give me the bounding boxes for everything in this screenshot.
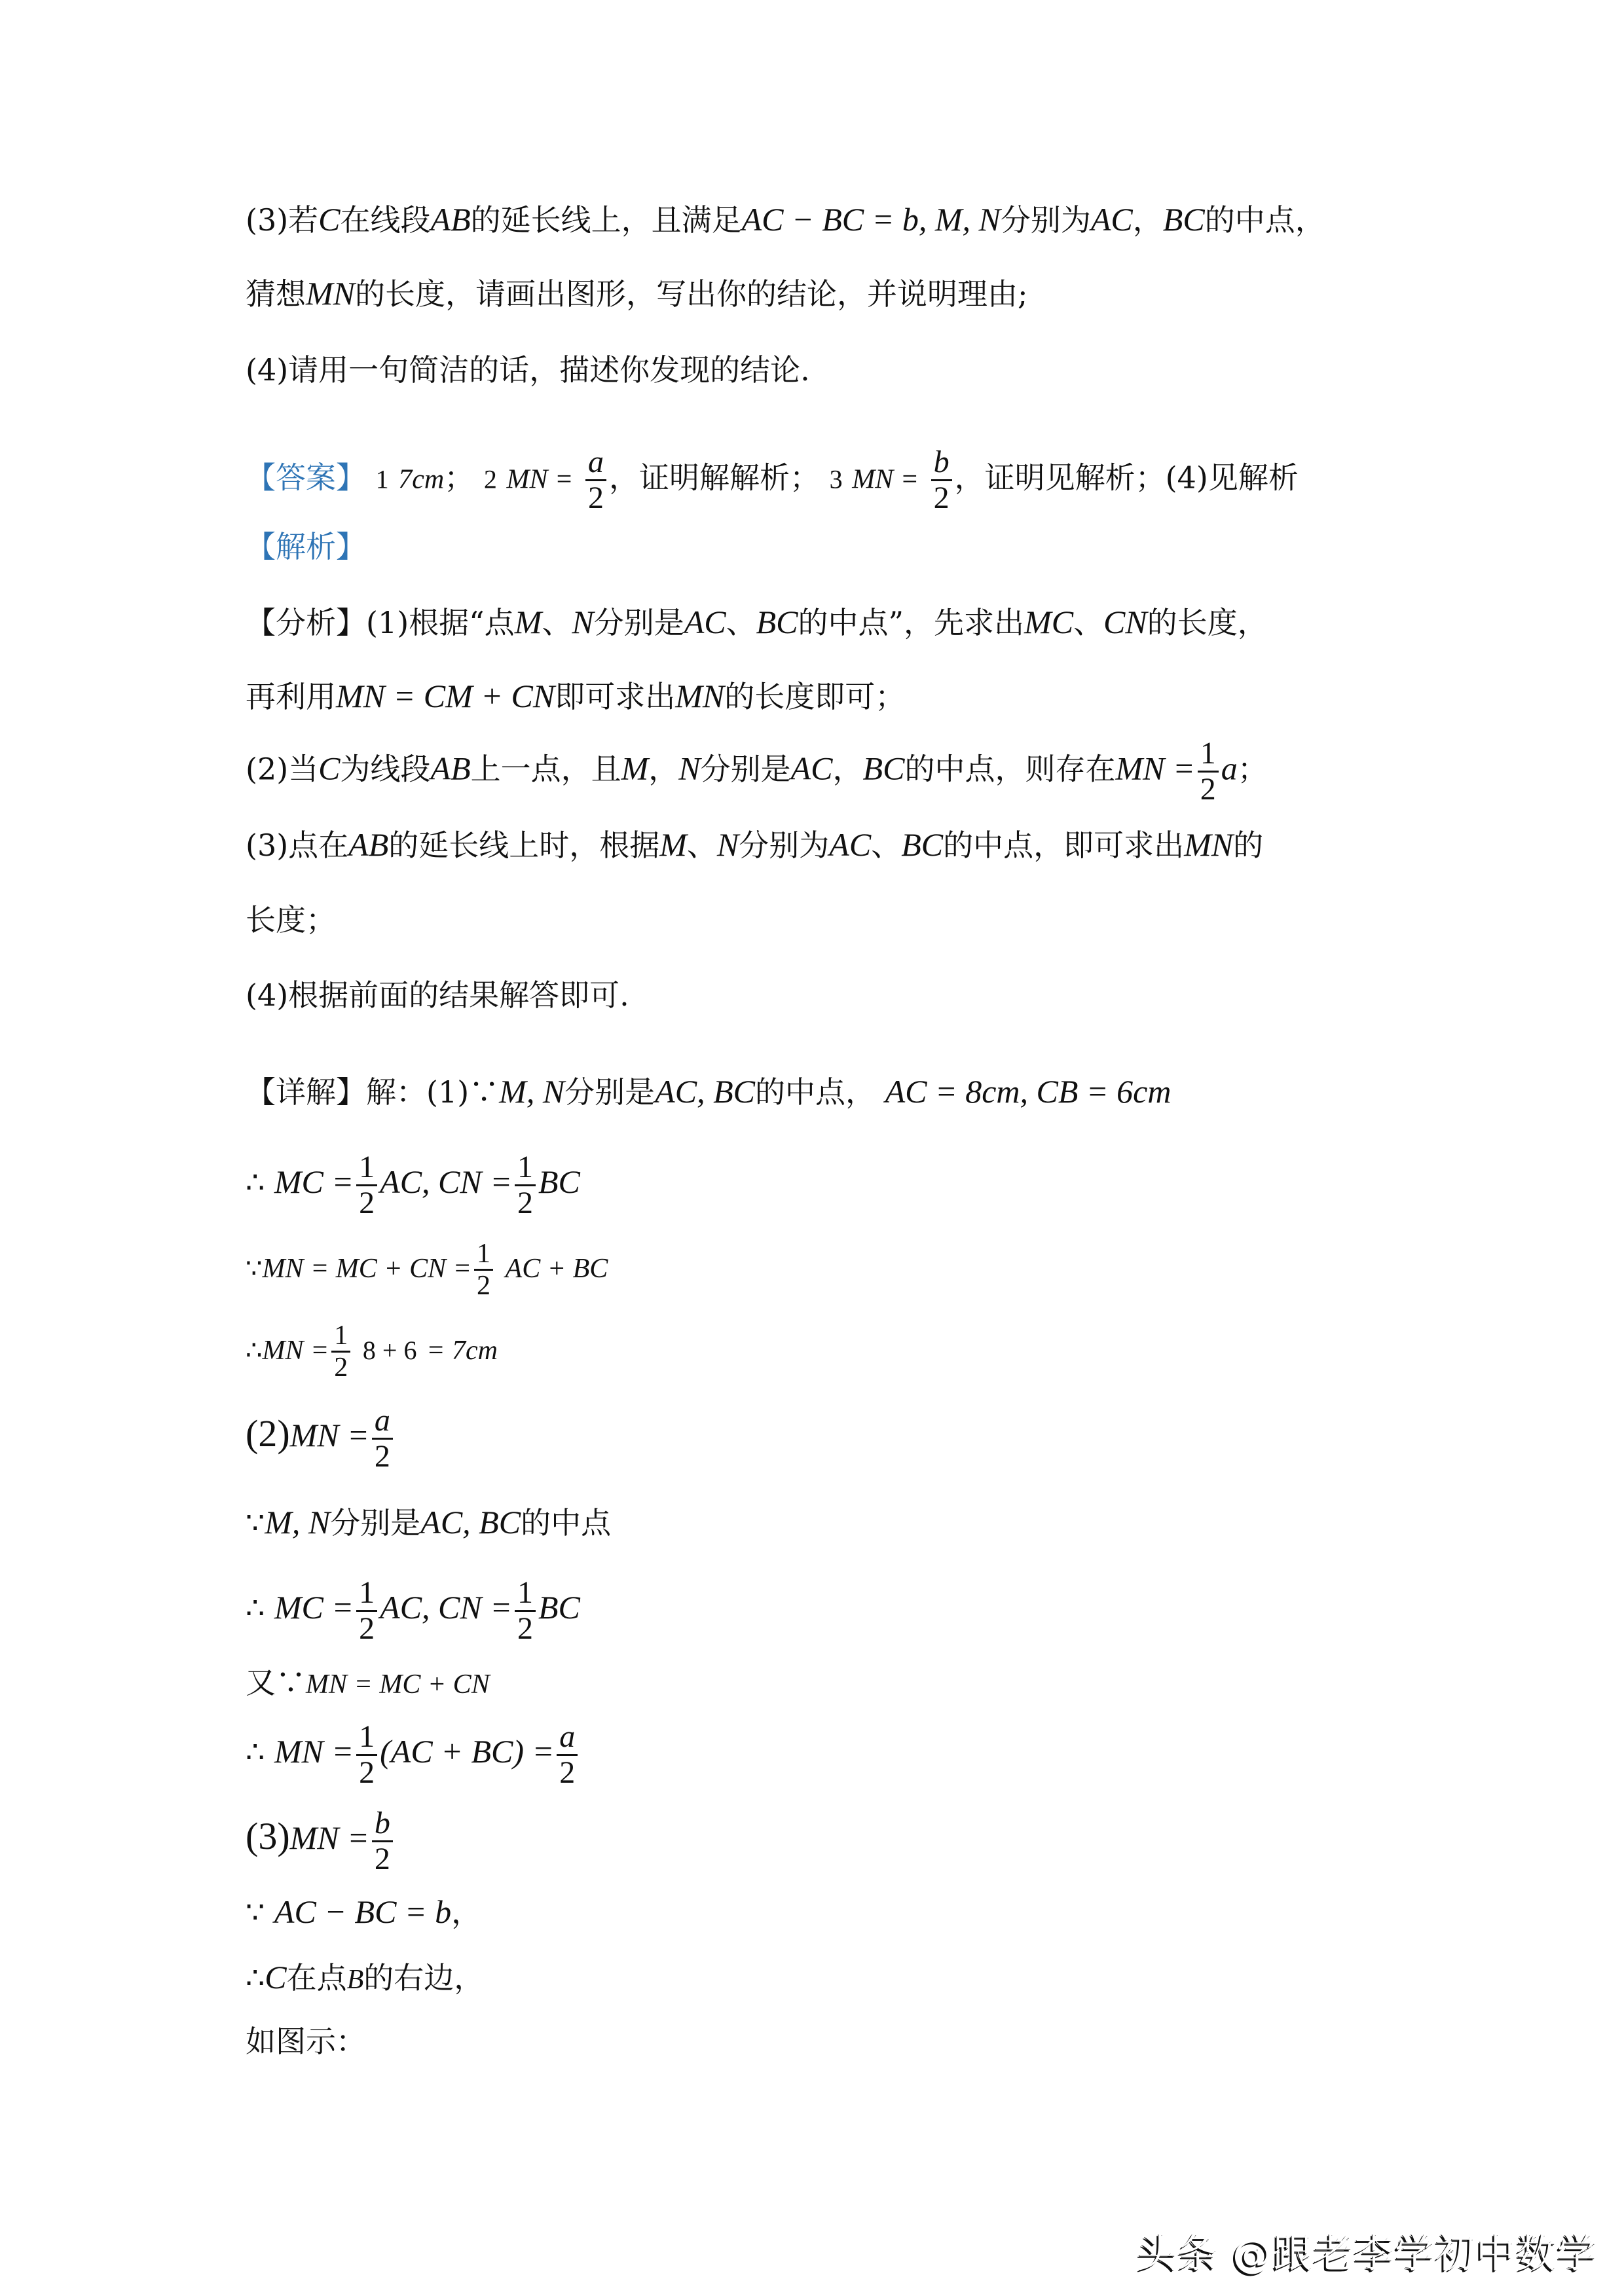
- fraction: 12: [356, 1720, 377, 1790]
- question-3-prefix: (3)若: [246, 202, 318, 238]
- text: ，: [451, 1895, 481, 1930]
- fraction: a2: [557, 1720, 578, 1790]
- text: 、: [871, 828, 901, 863]
- math: AC − BC = b: [274, 1893, 451, 1930]
- math-lhs: MN =: [1115, 750, 1194, 787]
- text: 在线段: [341, 202, 431, 238]
- math: = 7cm: [426, 1336, 498, 1366]
- text: 的中点: [521, 1505, 611, 1540]
- var: BC: [863, 750, 905, 787]
- var: AC, BC: [420, 1504, 521, 1540]
- var: C: [318, 750, 340, 787]
- fraction: b2: [372, 1806, 393, 1876]
- denominator: 2: [356, 1754, 377, 1790]
- text: 的中点，: [755, 1074, 876, 1110]
- part-number: (3): [246, 1815, 290, 1857]
- numerator: 1: [356, 1150, 377, 1184]
- var: MN: [1184, 826, 1233, 863]
- var: M, N: [265, 1504, 330, 1540]
- text: ；: [1238, 752, 1268, 787]
- question-3-line-2: 猜想MN的长度，请画出图形，写出你的结论，并说明理由;: [246, 274, 1028, 314]
- numerator: 1: [515, 1150, 536, 1184]
- denominator: 2: [331, 1351, 350, 1383]
- xiangjie-label: 【详解】: [246, 1074, 366, 1110]
- denominator: 2: [515, 1610, 536, 1646]
- answer-line: 【答案】 1 7cm； 2 MN = a2，证明解解析； 3 MN = b2，证…: [246, 445, 1299, 515]
- because-symbol: ∵: [246, 1505, 265, 1540]
- var: N: [678, 750, 700, 787]
- text: 分别是: [701, 752, 791, 787]
- text: 、: [1073, 605, 1103, 640]
- text: 的延长线上时，根据: [388, 828, 659, 863]
- part-number: 2: [484, 465, 497, 494]
- text: 的右边，: [363, 1960, 484, 1995]
- fenxi-line-6: (4)根据前面的结果解答即可.: [246, 975, 629, 1015]
- var: MN: [675, 678, 724, 714]
- therefore-symbol: ∴: [246, 1590, 265, 1626]
- math: MN =: [274, 1733, 354, 1770]
- xiangjie-line-1: 【详解】解：(1)∵M, N分别是AC, BC的中点， AC = 8cm, CB…: [246, 1072, 1171, 1112]
- fenxi-label: 【分析】: [246, 605, 366, 640]
- fenxi-line-4: (3)点在AB的延长线上时，根据M、N分别为AC、BC的中点，即可求出MN的: [246, 825, 1263, 865]
- var: M: [621, 750, 649, 787]
- fraction: 12: [356, 1150, 377, 1220]
- xiangjie-line-3: ∵MN = MC + CN =12 AC + BC: [246, 1234, 608, 1302]
- xiangjie-line-8: 又∵MN = MC + CN: [246, 1663, 490, 1704]
- fraction: a2: [372, 1404, 393, 1474]
- numerator: b: [372, 1806, 393, 1840]
- watermark: 头条 @跟老李学初中数学: [1137, 2223, 1598, 2279]
- therefore-symbol: ∴: [246, 1734, 265, 1770]
- therefore-symbol: ∴: [246, 1336, 262, 1366]
- numerator: 1: [474, 1239, 493, 1269]
- fraction: 12: [1198, 737, 1219, 807]
- text: 为线段: [341, 752, 431, 787]
- var: B: [347, 1965, 364, 1995]
- text: 的中点”，先求出: [798, 605, 1025, 640]
- var: MC: [1024, 604, 1073, 640]
- math: MN = MC + CN =: [262, 1254, 471, 1284]
- math: (AC + BC) =: [380, 1733, 554, 1770]
- var: AC: [791, 750, 833, 787]
- text: 的中点，则存在: [904, 752, 1115, 787]
- text: 的: [1233, 828, 1263, 863]
- text: 、: [542, 605, 572, 640]
- xiangjie-line-11: ∵ AC − BC = b，: [246, 1892, 481, 1932]
- var: a: [1221, 750, 1238, 787]
- denominator: 2: [474, 1269, 493, 1301]
- because-symbol: ∵: [246, 1895, 265, 1930]
- answer-value-1: 7cm: [398, 465, 444, 495]
- fraction: 12: [515, 1150, 536, 1220]
- text: 再利用: [246, 679, 336, 714]
- var: AC, BC: [655, 1073, 755, 1110]
- text: ，: [648, 752, 678, 787]
- text: ；: [444, 460, 474, 496]
- text: (2)当: [246, 752, 318, 787]
- text: 上一点，且: [471, 752, 621, 787]
- xiangjie-line-7: ∴ MC =12AC, CN =12BC: [246, 1575, 580, 1646]
- var: M: [659, 826, 687, 863]
- part-number: 3: [830, 465, 843, 494]
- math: MN =: [262, 1336, 329, 1366]
- numerator: a: [372, 1404, 393, 1438]
- var-MN: MN: [306, 275, 355, 312]
- question-3-line-1: (3)若C在线段AB的延长线上，且满足AC − BC = b, M, N分别为A…: [246, 200, 1325, 240]
- text: 分别是: [330, 1505, 420, 1540]
- part-number: 1: [376, 465, 389, 494]
- text: ，: [1133, 202, 1163, 238]
- denominator: 2: [585, 479, 606, 515]
- var: AB: [348, 826, 388, 863]
- math: BC: [538, 1589, 580, 1626]
- text: 的长度，请画出图形，写出你的结论，并说明理由;: [355, 276, 1028, 312]
- var: BC: [901, 826, 943, 863]
- text: (4)见解析: [1166, 460, 1299, 496]
- math: BC: [538, 1163, 580, 1200]
- numerator: a: [557, 1720, 578, 1754]
- text: 、: [687, 828, 717, 863]
- because-symbol: ∵: [246, 1254, 262, 1284]
- var: CN: [1103, 604, 1147, 640]
- text: 的长度，: [1147, 605, 1268, 640]
- part-number: (2): [246, 1412, 290, 1455]
- fenxi-line-3: (2)当C为线段AB上一点，且M，N分别是AC，BC的中点，则存在MN =12a…: [246, 737, 1268, 807]
- numerator: b: [931, 445, 952, 479]
- var-C: C: [318, 201, 340, 238]
- math: AC, CN =: [380, 1163, 512, 1200]
- var-BC: BC: [1163, 201, 1205, 238]
- math-lhs: MN =: [506, 465, 573, 495]
- text: ，证明见解析；: [955, 460, 1166, 496]
- numerator: 1: [331, 1321, 350, 1351]
- analysis-label: 【解析】: [246, 527, 366, 566]
- text: 的长度即可；: [724, 679, 905, 714]
- xiangjie-line-4: ∴MN =12 8 + 6 = 7cm: [246, 1316, 498, 1383]
- xiangjie-line-12: ∴C在点B的右边，: [246, 1958, 484, 1999]
- var: M: [515, 604, 542, 640]
- var: C: [265, 1959, 286, 1995]
- xiangjie-line-6: ∵M, N分别是AC, BC的中点: [246, 1503, 611, 1542]
- math: MC =: [274, 1163, 354, 1200]
- fraction: a2: [585, 445, 606, 515]
- denominator: 2: [557, 1754, 578, 1790]
- question-4: (4)请用一句简洁的话，描述你发现的结论.: [246, 350, 810, 390]
- math: MN = MC + CN: [306, 1669, 490, 1700]
- math-lhs: MN =: [852, 465, 919, 495]
- var-AB: AB: [431, 201, 471, 238]
- text: 又∵: [246, 1665, 306, 1700]
- text: 在点: [287, 1960, 347, 1995]
- denominator: 2: [372, 1840, 393, 1876]
- numerator: a: [585, 445, 606, 479]
- xiangjie-line-2: ∴ MC =12AC, CN =12BC: [246, 1149, 580, 1220]
- therefore-symbol: ∴: [246, 1960, 265, 1995]
- numerator: 1: [356, 1720, 377, 1754]
- var: AB: [431, 750, 471, 787]
- therefore-symbol: ∴: [246, 1165, 265, 1200]
- fraction: 12: [331, 1321, 350, 1383]
- denominator: 2: [356, 1610, 377, 1646]
- text: 分别是: [594, 605, 684, 640]
- text: 的延长线上，且满足: [471, 202, 742, 238]
- var: N: [572, 604, 593, 640]
- denominator: 2: [515, 1184, 536, 1220]
- var: AC: [684, 604, 726, 640]
- fraction: 12: [474, 1239, 493, 1301]
- text: 分别是: [564, 1074, 655, 1110]
- fenxi-line-1: 【分析】(1)根据“点M、N分别是AC、BC的中点”，先求出MC、CN的长度，: [246, 602, 1268, 642]
- math: MC =: [274, 1589, 354, 1626]
- fraction: 12: [356, 1576, 377, 1646]
- denominator: 2: [356, 1184, 377, 1220]
- var: AC: [829, 826, 871, 863]
- var: M, N: [499, 1073, 564, 1110]
- text: 猜想: [246, 276, 306, 312]
- text: 的中点，即可求出: [943, 828, 1184, 863]
- text: ，证明解解析；: [609, 460, 820, 496]
- numerator: 1: [1198, 737, 1219, 771]
- math-condition: AC − BC = b, M, N: [742, 201, 1001, 238]
- var: BC: [756, 604, 798, 640]
- xiangjie-line-5: (2)MN =a2: [246, 1401, 396, 1474]
- math: MN =: [290, 1819, 369, 1856]
- text: (1)根据“点: [366, 605, 515, 640]
- xiangjie-line-9: ∴ MN =12(AC + BC) =a2: [246, 1719, 580, 1790]
- text: 即可求出: [555, 679, 675, 714]
- math: AC + BC: [506, 1254, 608, 1284]
- xiangjie-line-10: (3)MN =b2: [246, 1804, 396, 1876]
- denominator: 2: [372, 1438, 393, 1474]
- xiangjie-line-13: 如图示：: [246, 2022, 366, 2061]
- numerator: 1: [356, 1576, 377, 1610]
- var: N: [717, 826, 739, 863]
- text: 解：(1)∵: [366, 1074, 499, 1110]
- text: 分别为: [739, 828, 829, 863]
- text: 的中点，: [1205, 202, 1325, 238]
- var-AC: AC: [1091, 201, 1133, 238]
- fraction: 12: [515, 1576, 536, 1646]
- answer-label: 【答案】: [246, 460, 366, 496]
- denominator: 2: [1198, 771, 1219, 807]
- text: 分别为: [1001, 202, 1091, 238]
- fenxi-line-2: 再利用MN = CM + CN即可求出MN的长度即可；: [246, 676, 905, 716]
- text: (3)点在: [246, 828, 348, 863]
- math: MN =: [290, 1417, 369, 1453]
- numerator: 1: [515, 1576, 536, 1610]
- math-expr: MN = CM + CN: [336, 678, 555, 714]
- fenxi-line-5: 长度；: [246, 900, 336, 939]
- math: AC, CN =: [380, 1589, 512, 1626]
- text: 、: [726, 605, 756, 640]
- text: ，: [833, 752, 863, 787]
- math: 8 + 6: [363, 1336, 417, 1365]
- fraction: b2: [931, 445, 952, 515]
- math-given: AC = 8cm, CB = 6cm: [885, 1073, 1172, 1110]
- denominator: 2: [931, 479, 952, 515]
